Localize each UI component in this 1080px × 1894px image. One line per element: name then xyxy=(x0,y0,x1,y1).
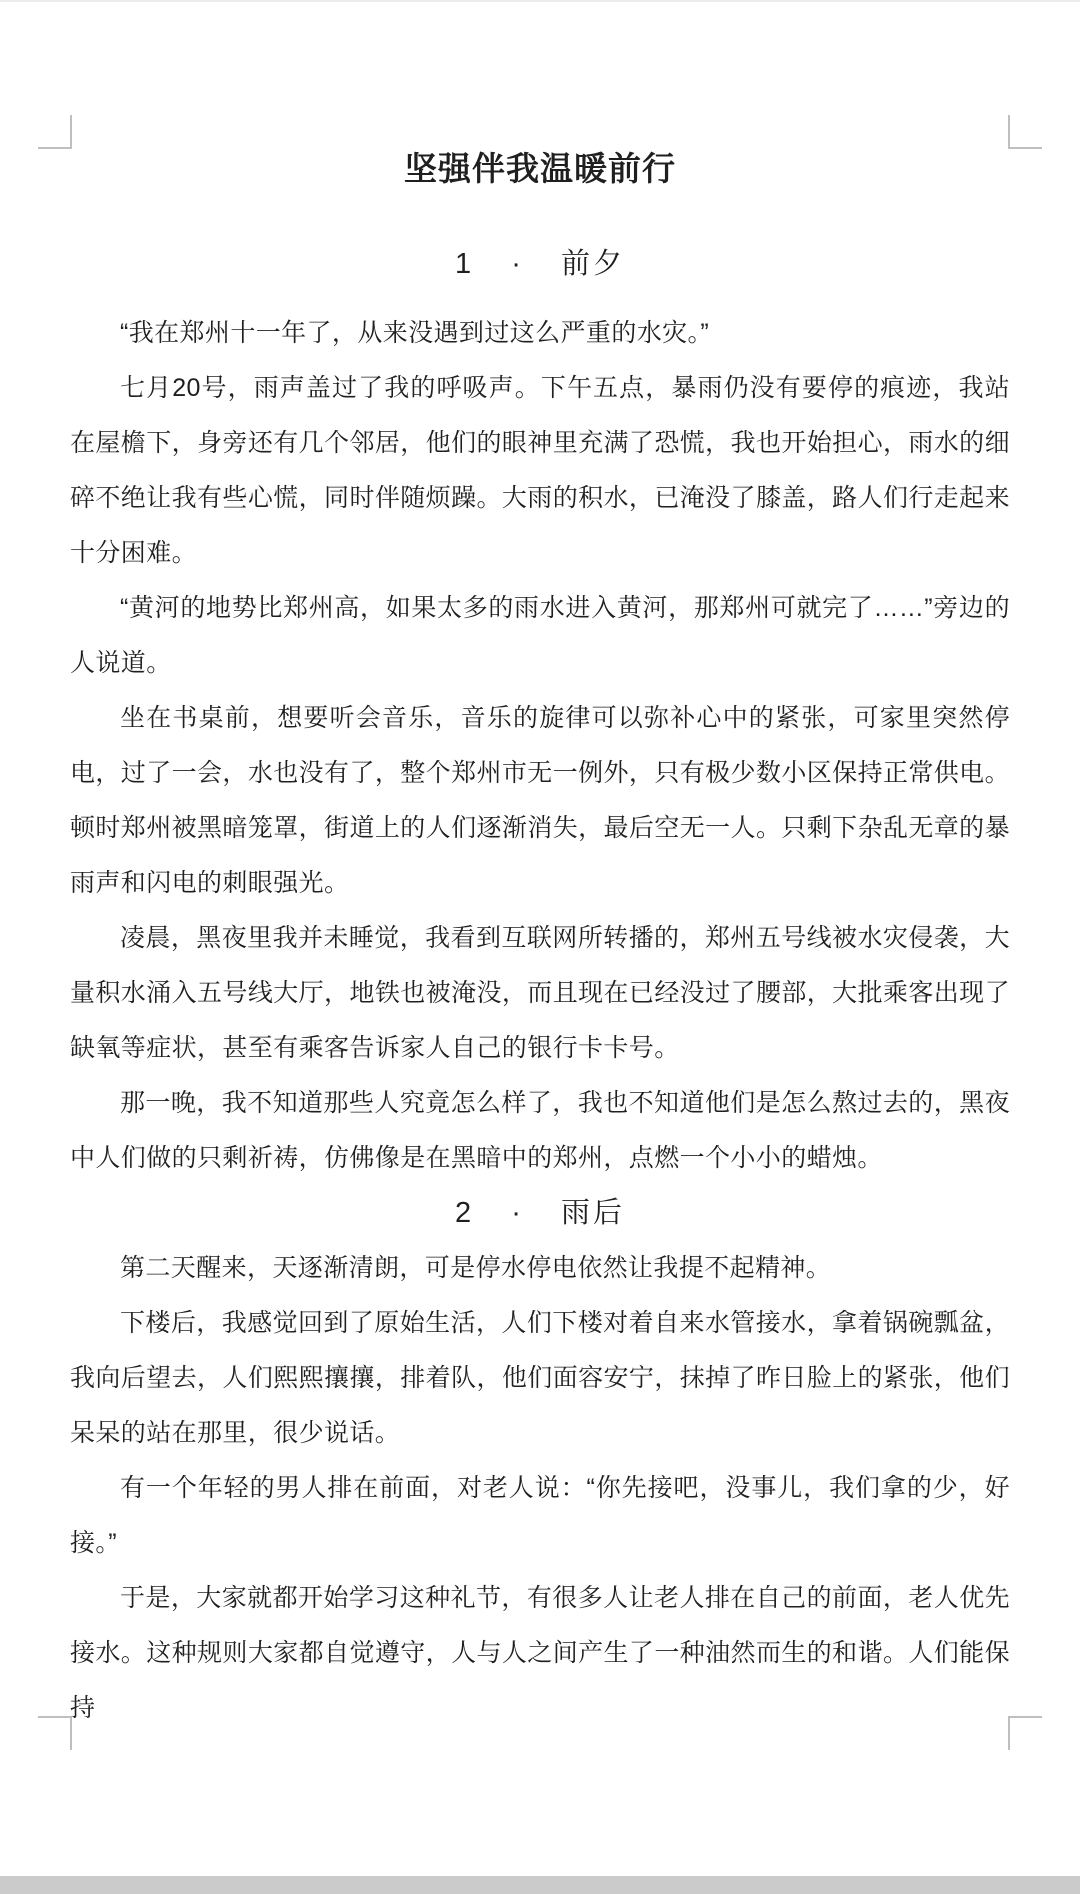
paragraph: 凌晨，黑夜里我并未睡觉，我看到互联网所转播的，郑州五号线被水灾侵袭，大量积水涌入… xyxy=(70,911,1010,1076)
paragraph: “我在郑州十一年了，从来没遇到过这么严重的水灾。” xyxy=(70,306,1010,361)
paragraph: 七月20号，雨声盖过了我的呼吸声。下午五点，暴雨仍没有要停的痕迹，我站在屋檐下，… xyxy=(70,361,1010,581)
margin-mark-bottom-left xyxy=(38,1716,72,1750)
page-gap-bar xyxy=(0,1876,1080,1894)
margin-mark-top-right xyxy=(1008,115,1042,149)
document-content[interactable]: 坚强伴我温暖前行 1 · 前夕 “我在郑州十一年了，从来没遇到过这么严重的水灾。… xyxy=(70,0,1010,1736)
margin-mark-top-left xyxy=(38,115,72,149)
paragraph: 坐在书桌前，想要听会音乐，音乐的旋律可以弥补心中的紧张，可家里突然停电，过了一会… xyxy=(70,691,1010,911)
paragraph: 下楼后，我感觉回到了原始生活，人们下楼对着自来水管接水，拿着锅碗瓢盆，我向后望去… xyxy=(70,1296,1010,1461)
paragraph: 于是，大家就都开始学习这种礼节，有很多人让老人排在自己的前面，老人优先接水。这种… xyxy=(70,1571,1010,1736)
document-page[interactable]: 坚强伴我温暖前行 1 · 前夕 “我在郑州十一年了，从来没遇到过这么严重的水灾。… xyxy=(0,0,1080,1894)
paragraph: 那一晚，我不知道那些人究竟怎么样了，我也不知道他们是怎么熬过去的，黑夜中人们做的… xyxy=(70,1076,1010,1186)
document-title: 坚强伴我温暖前行 xyxy=(70,137,1010,201)
section-2-heading: 2 · 雨后 xyxy=(70,1186,1010,1241)
margin-mark-bottom-right xyxy=(1008,1716,1042,1750)
paragraph: 第二天醒来，天逐渐清朗，可是停水停电依然让我提不起精神。 xyxy=(70,1241,1010,1296)
section-1-heading: 1 · 前夕 xyxy=(70,237,1010,292)
paragraph: 有一个年轻的男人排在前面，对老人说：“你先接吧，没事儿，我们拿的少，好接。” xyxy=(70,1461,1010,1571)
paragraph: “黄河的地势比郑州高，如果太多的雨水进入黄河，那郑州可就完了……”旁边的人说道。 xyxy=(70,581,1010,691)
